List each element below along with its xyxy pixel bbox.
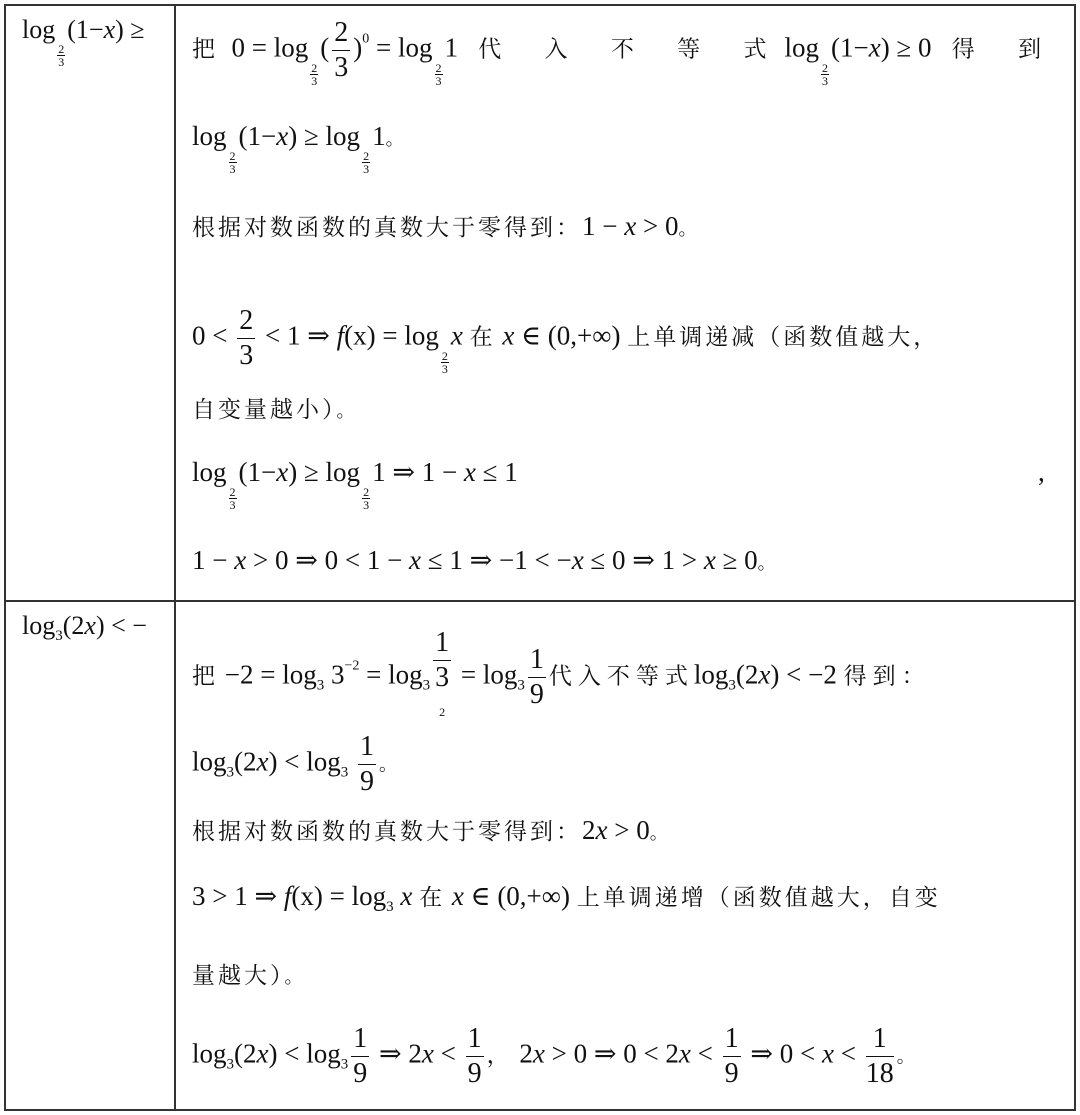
table-row-2: log3(2x) < − 把 −2 = log3 3−2 = log3132 =…	[6, 602, 1074, 1109]
inequality-cell-2: log3(2x) < −	[6, 602, 176, 1109]
solution-line-2-1: 把 −2 = log3 3−2 = log3132 = log319代入不等式l…	[192, 626, 931, 729]
inequality-2: log3(2x) < −	[22, 608, 147, 654]
solution-line-1-5: 自变量越小）。	[192, 390, 355, 430]
inequality-1: log23(1−x) ≥	[22, 12, 145, 68]
solution-line-1-2: log23(1−x) ≥ log231。	[192, 118, 404, 175]
table-row-1: log23(1−x) ≥ 把 0 = log23(23)0 = log231 代…	[6, 6, 1074, 602]
solution-line-2-6: log3(2x) < log319 ⇒ 2x < 19， 2x > 0 ⇒ 0 …	[192, 1022, 915, 1091]
solution-line-1-6: log23(1−x) ≥ log231 ⇒ 1 − x ≤ 1 ,	[192, 454, 1062, 511]
solution-line-1-3: 根据对数函数的真数大于零得到：1 − x > 0。	[192, 208, 696, 248]
solution-line-2-4: 3 > 1 ⇒ f(x) = log3 x 在 x ∈ (0,+∞) 上单调递增…	[192, 878, 941, 925]
solution-line-2-5: 量越大）。	[192, 956, 303, 996]
solution-cell-1: 把 0 = log23(23)0 = log231 代 入 不 等 式log23…	[176, 6, 1074, 600]
solution-line-2-2: log3(2x) < log3 19。	[192, 730, 397, 799]
solution-line-1-1: 把 0 = log23(23)0 = log231 代 入 不 等 式log23…	[192, 16, 1074, 87]
solution-table: log23(1−x) ≥ 把 0 = log23(23)0 = log231 代…	[4, 4, 1076, 1111]
solution-line-1-4: 0 < 23 < 1 ⇒ f(x) = log23x 在 x ∈ (0,+∞) …	[192, 304, 939, 375]
solution-cell-2: 把 −2 = log3 3−2 = log3132 = log319代入不等式l…	[176, 602, 1074, 1109]
solution-line-2-3: 根据对数函数的真数大于零得到：2x > 0。	[192, 812, 668, 852]
solution-line-1-7: 1 − x > 0 ⇒ 0 < 1 − x ≤ 1 ⇒ −1 < −x ≤ 0 …	[192, 542, 776, 582]
inequality-cell-1: log23(1−x) ≥	[6, 6, 176, 600]
